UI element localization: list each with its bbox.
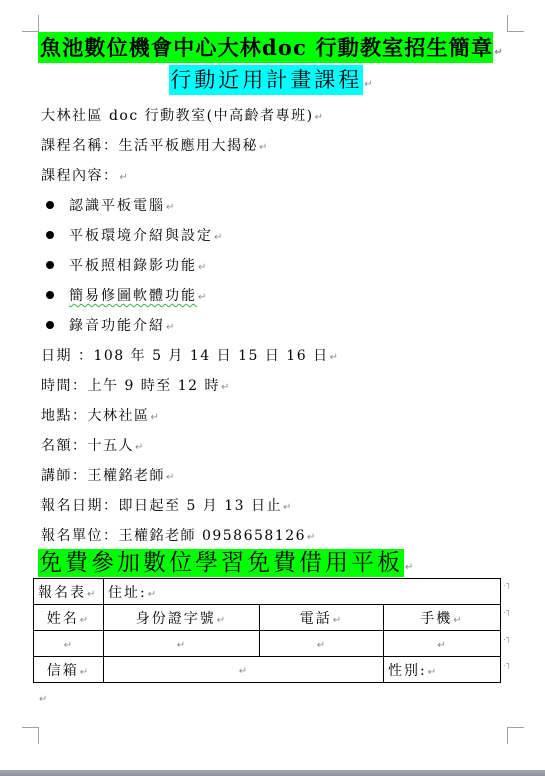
address-cell[interactable]: 住址:↵ <box>104 579 501 605</box>
end-of-row-mark-icon: ᐧ˥ <box>503 582 510 592</box>
paragraph-mark-icon: ↵ <box>315 112 325 123</box>
form-label: 報名表 <box>38 585 86 601</box>
end-of-row-mark-icon: ᐧ˥ <box>503 609 510 619</box>
table-row: 信箱↵ ↵ 性別:↵ <box>34 657 501 683</box>
end-of-row-mark-icon: ᐧ˥ <box>503 662 510 672</box>
title-text[interactable]: 魚池數位機會中心大林doc 行動教室招生簡章 <box>38 32 493 63</box>
bullet-item[interactable]: 平板照相錄影功能↵ <box>46 256 208 278</box>
gender-label: 性別: <box>388 663 427 679</box>
table-row: ↵ ↵ ↵ ↵ <box>34 631 501 657</box>
date-text: 日期 ：108 年 5 月 14 日 15 日 16 日 <box>41 348 329 364</box>
registration-unit-line[interactable]: 報名單位：王權銘老師 0958658126↵ <box>41 526 317 548</box>
margin-corner-bottom-right <box>507 727 524 744</box>
class-name-text: 大林社區 doc 行動教室(中高齡者專班) <box>41 108 314 124</box>
location-line[interactable]: 地點：大林社區↵ <box>41 406 160 428</box>
free-banner[interactable]: 免費參加數位學習免費借用平板↵ <box>38 549 416 577</box>
course-content-label-line[interactable]: 課程內容：↵ <box>41 166 129 188</box>
paragraph-mark-icon: ↵ <box>198 292 208 303</box>
document-page: 魚池數位機會中心大林doc 行動教室招生簡章↵ 行動近用計畫課程↵ 大林社區 d… <box>0 0 545 770</box>
form-label-cell[interactable]: 報名表↵ <box>34 579 104 605</box>
course-name-text: 課程名稱：生活平板應用大揭秘 <box>41 138 258 154</box>
bullet-icon <box>46 231 54 239</box>
header-name: 姓名 <box>47 611 79 627</box>
end-of-row-mark-icon: ᐧ˥ <box>503 636 510 646</box>
mobile-input-cell[interactable]: ↵ <box>384 631 501 657</box>
location-text: 地點：大林社區 <box>41 408 150 424</box>
header-phone-cell[interactable]: 電話↵ <box>260 605 384 631</box>
paragraph-mark-icon: ↵ <box>221 382 231 393</box>
paragraph-mark-icon: ↵ <box>259 142 269 153</box>
paragraph-mark-icon: ↵ <box>80 615 90 626</box>
paragraph-mark-icon: ↵ <box>148 589 158 600</box>
paragraph-mark-icon: ↵ <box>151 412 161 423</box>
header-mobile-cell[interactable]: 手機↵ <box>384 605 501 631</box>
bullet-icon <box>46 261 54 269</box>
header-phone: 電話 <box>300 611 332 627</box>
time-text: 時間：上午 9 時至 12 時 <box>41 378 220 394</box>
bullet-icon <box>46 321 54 329</box>
banner-text: 免費參加數位學習免費借用平板 <box>38 549 404 577</box>
paragraph-mark-icon: ↵ <box>428 667 438 678</box>
bullet-icon <box>46 291 54 299</box>
class-name-line[interactable]: 大林社區 doc 行動教室(中高齡者專班)↵ <box>41 106 324 128</box>
quota-line[interactable]: 名額：十五人↵ <box>41 436 145 458</box>
registration-date-text: 報名日期：即日起至 5 月 13 日止 <box>41 498 282 514</box>
paragraph-mark-icon: ↵ <box>166 322 176 333</box>
paragraph-mark-icon: ↵ <box>437 640 447 651</box>
bullet-text: 平板環境介紹與設定 <box>69 228 213 244</box>
bullet-text: 平板照相錄影功能 <box>69 258 197 274</box>
document-subtitle[interactable]: 行動近用計畫課程↵ <box>0 65 545 100</box>
instructor-text: 講師：王權銘老師 <box>41 468 165 484</box>
paragraph-mark-icon: ↵ <box>166 472 176 483</box>
course-content-label: 課程內容： <box>41 168 119 184</box>
header-id-number: 身份證字號 <box>136 611 216 627</box>
paragraph-mark-icon: ↵ <box>307 532 317 543</box>
name-input-cell[interactable]: ↵ <box>34 631 104 657</box>
paragraph-mark-icon: ↵ <box>39 694 47 705</box>
table-row: 報名表↵ 住址:↵ <box>34 579 501 605</box>
registration-date-line[interactable]: 報名日期：即日起至 5 月 13 日止↵ <box>41 496 293 518</box>
phone-input-cell[interactable]: ↵ <box>260 631 384 657</box>
paragraph-mark-icon: ↵ <box>64 640 74 651</box>
paragraph-mark-icon: ↵ <box>217 615 227 626</box>
time-line[interactable]: 時間：上午 9 時至 12 時↵ <box>41 376 231 398</box>
subtitle-text[interactable]: 行動近用計畫課程 <box>169 65 363 95</box>
paragraph-mark-icon: ↵ <box>87 589 97 600</box>
paragraph-mark-icon: ↵ <box>135 442 145 453</box>
bullet-item[interactable]: 錄音功能介紹↵ <box>46 316 176 338</box>
paragraph-mark-icon: ↵ <box>166 202 176 213</box>
margin-corner-bottom-left <box>22 727 39 744</box>
paragraph-mark-icon: ↵ <box>214 232 224 243</box>
bullet-item[interactable]: 簡易修圖軟體功能↵ <box>46 286 208 308</box>
paragraph-mark-icon: ↵ <box>120 172 130 183</box>
paragraph-mark-icon: ↵ <box>80 667 90 678</box>
email-input-cell[interactable]: ↵ <box>104 657 384 683</box>
paragraph-mark-icon: ↵ <box>317 640 327 651</box>
paragraph-mark-icon: ↵ <box>453 615 463 626</box>
bullet-item[interactable]: 平板環境介紹與設定↵ <box>46 226 224 248</box>
document-title[interactable]: 魚池數位機會中心大林doc 行動教室招生簡章↵ <box>38 32 507 63</box>
date-line[interactable]: 日期 ：108 年 5 月 14 日 15 日 16 日↵ <box>41 346 339 368</box>
paragraph-mark-icon: ↵ <box>494 47 504 58</box>
bullet-text: 認識平板電腦 <box>69 198 165 214</box>
instructor-line[interactable]: 講師：王權銘老師↵ <box>41 466 176 488</box>
paragraph-mark-icon: ↵ <box>239 666 249 677</box>
bullet-text-spellcheck[interactable]: 簡易修圖軟體功能 <box>69 288 197 304</box>
course-name-line[interactable]: 課程名稱：生活平板應用大揭秘↵ <box>41 136 269 158</box>
bullet-icon <box>46 201 54 209</box>
email-label-cell[interactable]: 信箱↵ <box>34 657 104 683</box>
id-input-cell[interactable]: ↵ <box>104 631 260 657</box>
margin-corner-top-right <box>507 15 524 32</box>
paragraph-mark-icon: ↵ <box>330 352 340 363</box>
table-row: 姓名↵ 身份證字號↵ 電話↵ 手機↵ <box>34 605 501 631</box>
paragraph-mark-icon: ↵ <box>177 640 187 651</box>
paragraph-mark-icon: ↵ <box>405 562 416 573</box>
margin-corner-top-left <box>22 15 39 32</box>
quota-text: 名額：十五人 <box>41 438 134 454</box>
paragraph-mark-icon: ↵ <box>333 615 343 626</box>
email-label: 信箱 <box>47 663 79 679</box>
paragraph-mark-icon: ↵ <box>198 262 208 273</box>
header-name-cell[interactable]: 姓名↵ <box>34 605 104 631</box>
registration-form-table: 報名表↵ 住址:↵ 姓名↵ 身份證字號↵ 電話↵ 手機↵ ↵ ↵ ↵ ↵ 信箱↵… <box>33 578 501 683</box>
window-bottom-edge <box>0 770 545 776</box>
registration-unit-text: 報名單位：王權銘老師 0958658126 <box>41 528 306 544</box>
gender-cell[interactable]: 性別:↵ <box>384 657 501 683</box>
bullet-text: 錄音功能介紹 <box>69 318 165 334</box>
header-mobile: 手機 <box>420 611 452 627</box>
paragraph-mark-icon: ↵ <box>283 502 293 513</box>
paragraph-mark-icon: ↵ <box>364 79 375 90</box>
address-label: 住址: <box>108 585 147 601</box>
bullet-item[interactable]: 認識平板電腦↵ <box>46 196 176 218</box>
header-id-cell[interactable]: 身份證字號↵ <box>104 605 260 631</box>
